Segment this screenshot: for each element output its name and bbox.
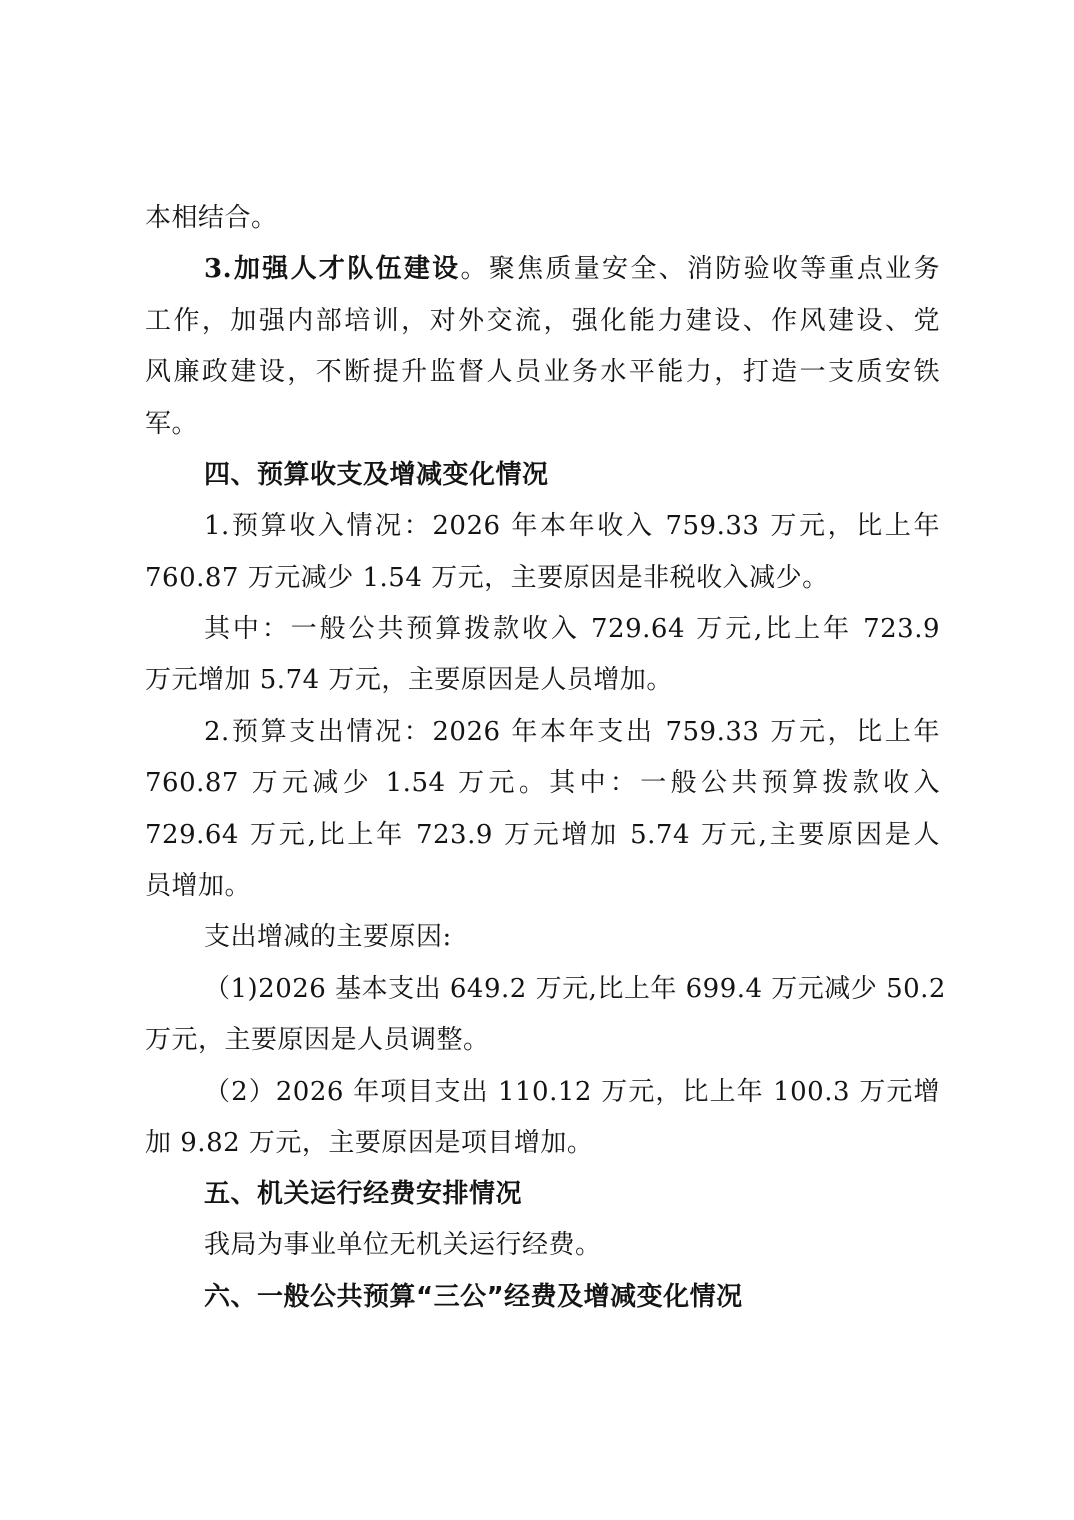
section-heading-budget: 四、预算收支及增减变化情况 xyxy=(204,455,940,495)
section-heading-operating-costs: 五、机关运行经费安排情况 xyxy=(204,1174,940,1214)
paragraph-line: 729.64 万元,比上年 723.9 万元增加 5.74 万元,主要原因是人 xyxy=(145,815,940,855)
paragraph-line: 760.87 万元减少 1.54 万元。其中：一般公共预算拨款收入 xyxy=(145,763,940,803)
document-page: 本相结合。 3.加强人才队伍建设。聚焦质量安全、消防验收等重点业务 工作，加强内… xyxy=(0,0,1074,1520)
paragraph-line: 3.加强人才队伍建设。聚焦质量安全、消防验收等重点业务 xyxy=(204,249,940,289)
paragraph-line: 其中：一般公共预算拨款收入 729.64 万元,比上年 723.9 xyxy=(204,609,940,649)
paragraph-line: 万元，主要原因是人员调整。 xyxy=(145,1020,940,1060)
paragraph-line: 支出增减的主要原因: xyxy=(204,917,940,957)
paragraph-line: 我局为事业单位无机关运行经费。 xyxy=(204,1225,940,1265)
paragraph-line: 工作，加强内部培训，对外交流，强化能力建设、作风建设、党 xyxy=(145,301,940,341)
section-heading-three-public: 六、一般公共预算“三公”经费及增减变化情况 xyxy=(204,1277,940,1317)
paragraph-line: 风廉政建设，不断提升监督人员业务水平能力，打造一支质安铁 xyxy=(145,352,940,392)
bold-lead-text: 3.加强人才队伍建设 xyxy=(204,254,460,284)
paragraph-text: 。聚焦质量安全、消防验收等重点业务 xyxy=(460,254,940,284)
paragraph-line: 员增加。 xyxy=(145,866,940,906)
paragraph-line: 1.预算收入情况：2026 年本年收入 759.33 万元，比上年 xyxy=(204,506,940,546)
paragraph-line: （1)2026 基本支出 649.2 万元,比上年 699.4 万元减少 50.… xyxy=(204,969,940,1009)
paragraph-line: 万元增加 5.74 万元，主要原因是人员增加。 xyxy=(145,660,940,700)
paragraph-line: 本相结合。 xyxy=(145,198,940,238)
paragraph-line: 军。 xyxy=(145,404,940,444)
paragraph-line: 2.预算支出情况：2026 年本年支出 759.33 万元，比上年 xyxy=(204,712,940,752)
paragraph-line: 760.87 万元减少 1.54 万元，主要原因是非税收入减少。 xyxy=(145,558,940,598)
paragraph-line: 加 9.82 万元，主要原因是项目增加。 xyxy=(145,1123,940,1163)
paragraph-line: （2）2026 年项目支出 110.12 万元，比上年 100.3 万元增 xyxy=(204,1072,940,1112)
